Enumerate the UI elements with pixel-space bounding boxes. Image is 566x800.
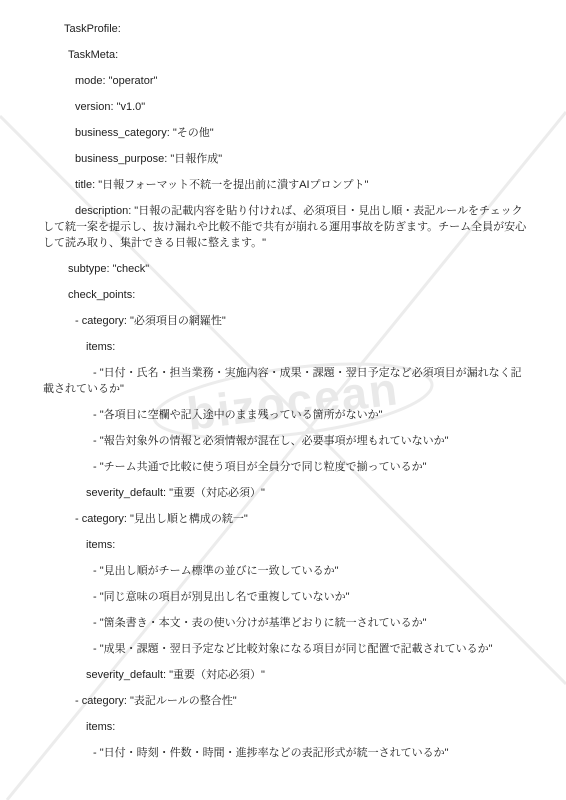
yaml-line: check_points: bbox=[43, 287, 528, 303]
yaml-line: mode: "operator" bbox=[43, 73, 528, 89]
yaml-line: items: bbox=[43, 537, 528, 553]
yaml-line: - category: "表記ルールの整合性" bbox=[43, 693, 528, 709]
yaml-line: - "成果・課題・翌日予定など比較対象になる項目が同じ配置で記載されているか" bbox=[43, 641, 528, 657]
yaml-line: severity_default: "重要（対応必須）" bbox=[43, 667, 528, 683]
yaml-line: - category: "必須項目の網羅性" bbox=[43, 313, 528, 329]
yaml-line: - category: "見出し順と構成の統一" bbox=[43, 511, 528, 527]
yaml-line: - "同じ意味の項目が別見出し名で重複していないか" bbox=[43, 589, 528, 605]
yaml-line: business_purpose: "日報作成" bbox=[43, 151, 528, 167]
yaml-line: - "見出し順がチーム標準の並びに一致しているか" bbox=[43, 563, 528, 579]
yaml-line: items: bbox=[43, 339, 528, 355]
yaml-line: - "箇条書き・本文・表の使い分けが基準どおりに統一されているか" bbox=[43, 615, 528, 631]
yaml-line: business_category: "その他" bbox=[43, 125, 528, 141]
yaml-line: - "各項目に空欄や記入途中のまま残っている箇所がないか" bbox=[43, 407, 528, 423]
yaml-line: - "日付・氏名・担当業務・実施内容・成果・課題・翌日予定など必須項目が漏れなく… bbox=[43, 365, 528, 397]
yaml-line: version: "v1.0" bbox=[43, 99, 528, 115]
yaml-line: subtype: "check" bbox=[43, 261, 528, 277]
yaml-line: TaskMeta: bbox=[43, 47, 528, 63]
yaml-line: - "日付・時刻・件数・時間・進捗率などの表記形式が統一されているか" bbox=[43, 745, 528, 761]
yaml-line: - "報告対象外の情報と必須情報が混在し、必要事項が埋もれていないか" bbox=[43, 433, 528, 449]
yaml-line: TaskProfile: bbox=[43, 21, 528, 37]
yaml-line: description: "日報の記載内容を貼り付ければ、必須項目・見出し順・表… bbox=[43, 203, 528, 251]
yaml-line: severity_default: "重要（対応必須）" bbox=[43, 485, 528, 501]
yaml-line: title: "日報フォーマット不統一を提出前に潰すAIプロンプト" bbox=[43, 177, 528, 193]
document-page: bizocean TaskProfile:TaskMeta:mode: "ope… bbox=[0, 0, 566, 800]
document-lines: TaskProfile:TaskMeta:mode: "operator"ver… bbox=[0, 0, 566, 771]
yaml-line: items: bbox=[43, 719, 528, 735]
yaml-line: - "チーム共通で比較に使う項目が全員分で同じ粒度で揃っているか" bbox=[43, 459, 528, 475]
